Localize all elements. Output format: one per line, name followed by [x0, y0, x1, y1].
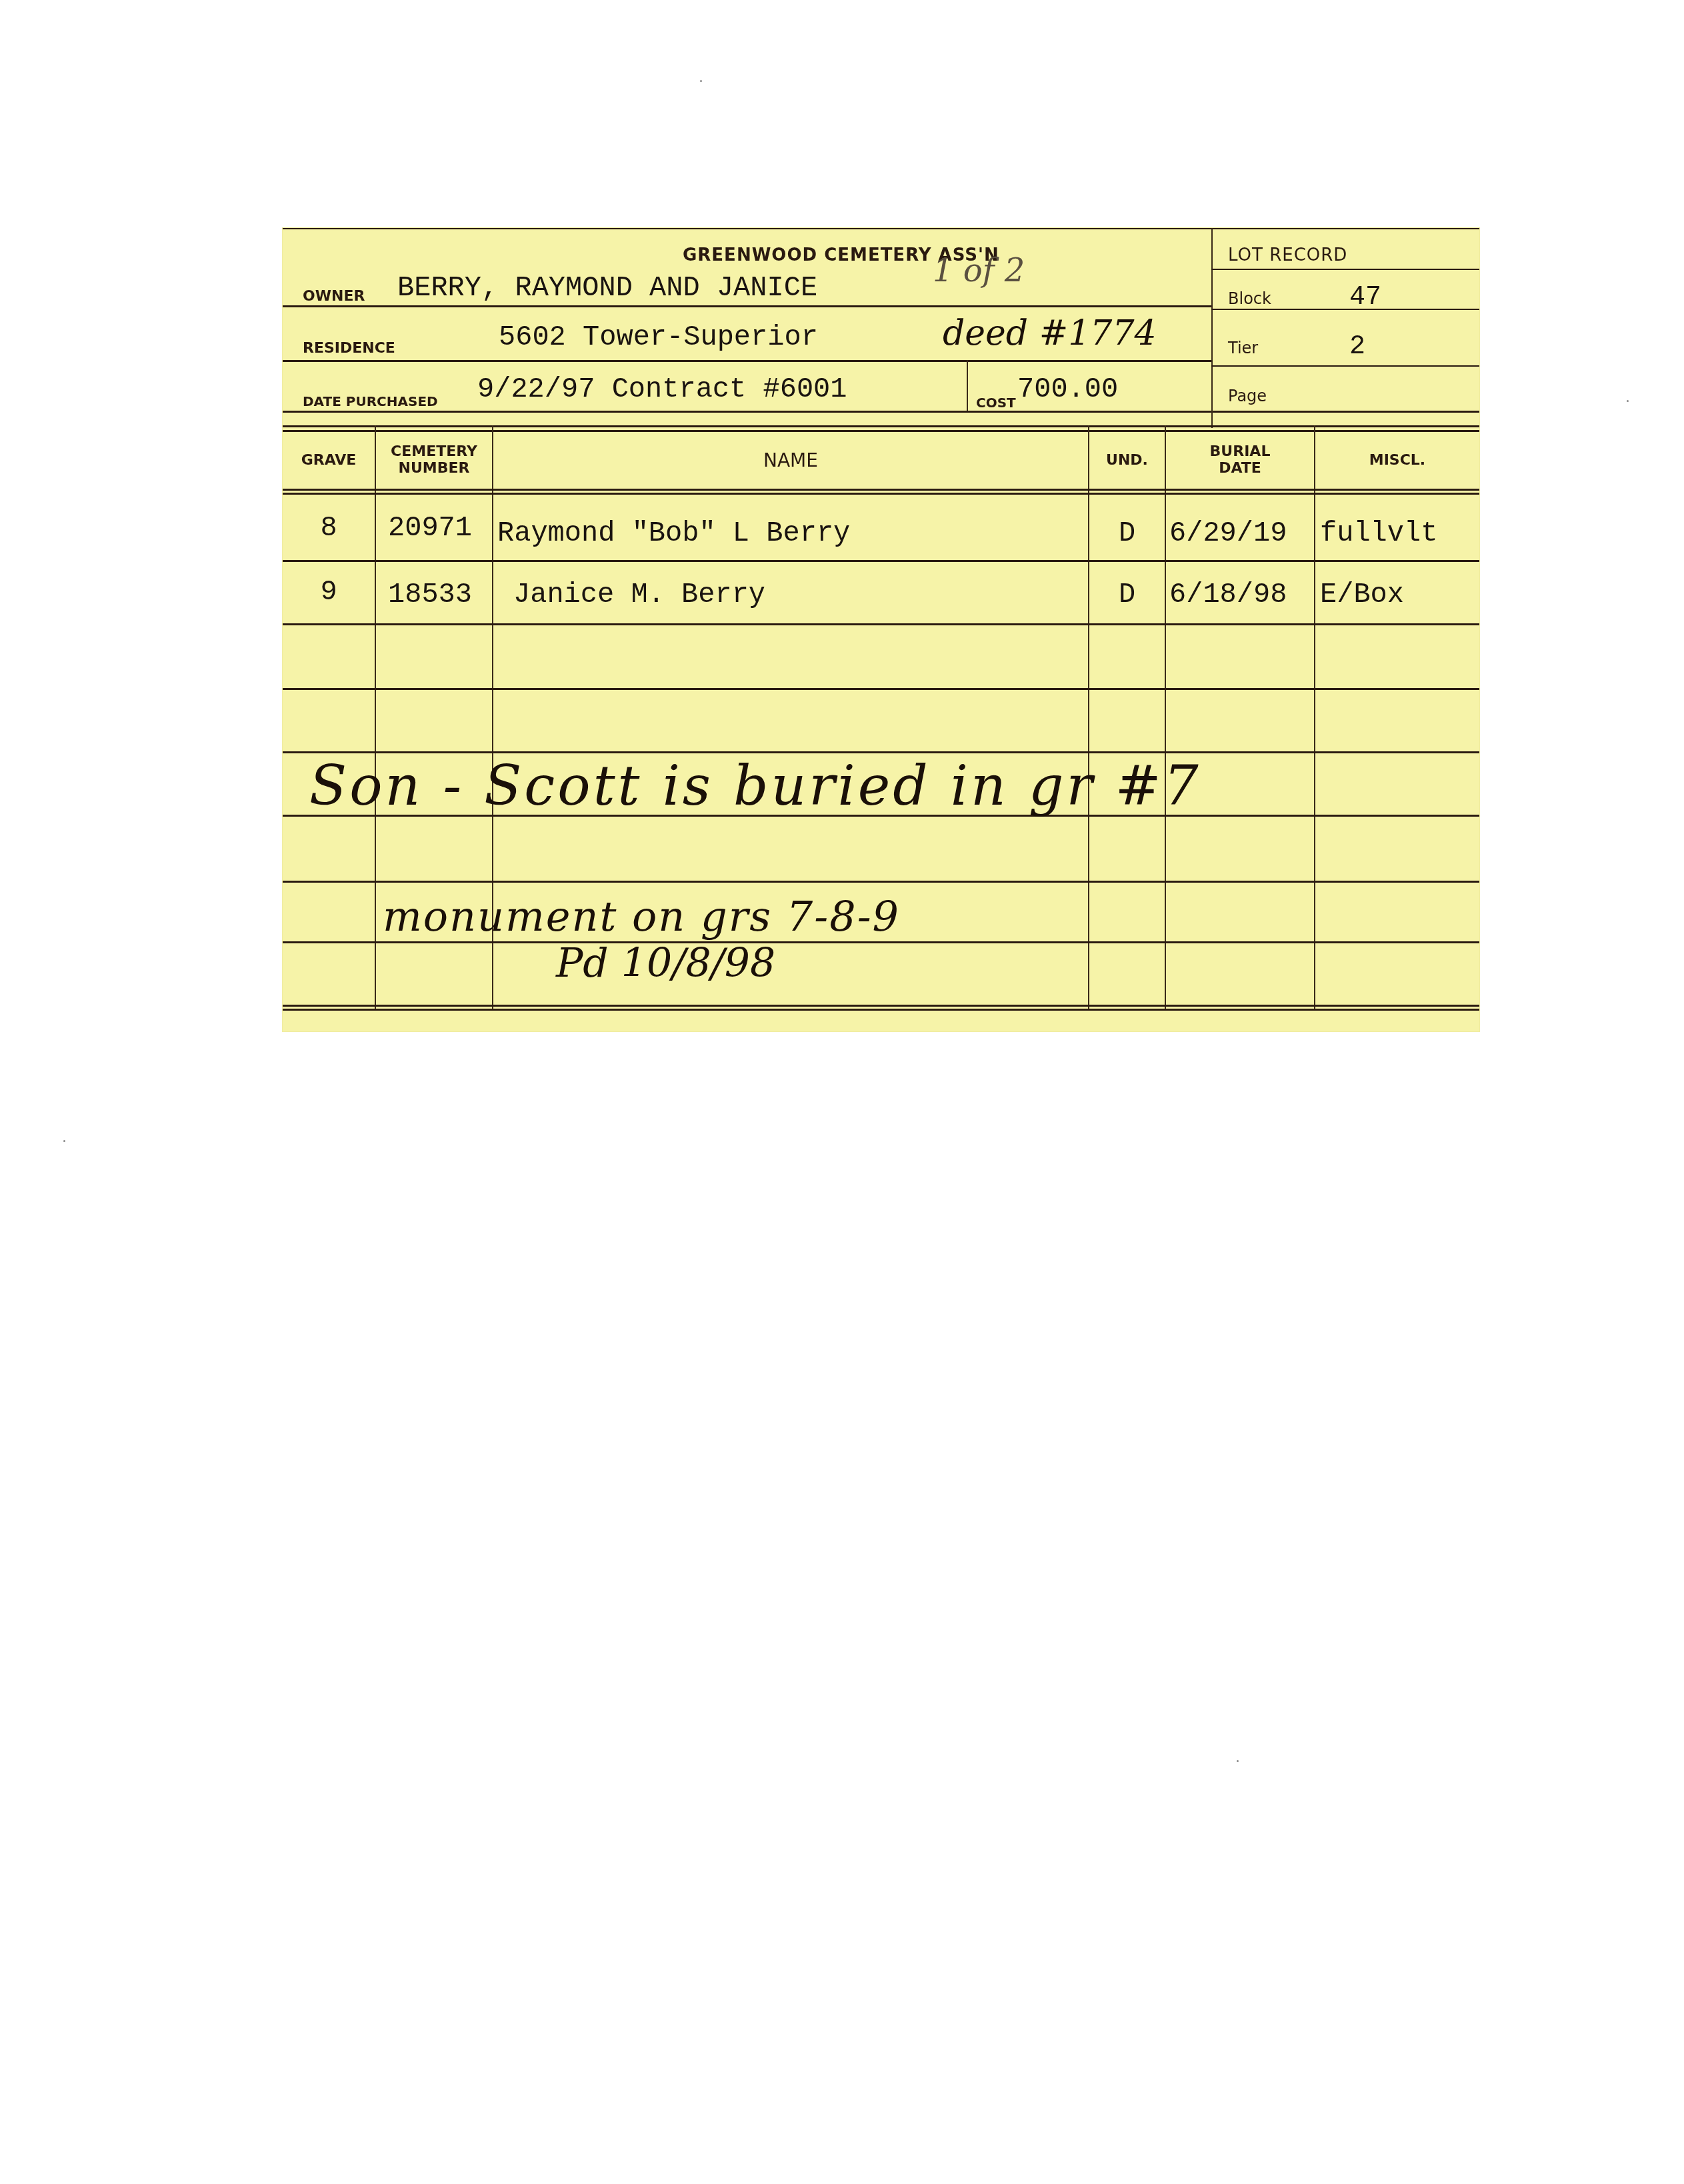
date-purchased-rule — [283, 411, 1479, 413]
page-label: Page — [1228, 387, 1267, 405]
col-header-cemetery-number-line1: CEMETERY — [391, 443, 477, 460]
col-header-grave-text: GRAVE — [301, 452, 357, 469]
cost-divider — [967, 360, 968, 412]
header-bottom-rule-1 — [283, 489, 1479, 491]
date-purchased-value: 9/22/97 Contract #6001 — [477, 373, 847, 405]
row-7-rule — [283, 941, 1479, 943]
table-row-1-und: D — [1089, 500, 1165, 566]
note-paid-date: Pd 10/8/98 — [556, 940, 775, 987]
owner-label: OWNER — [303, 288, 365, 305]
col-header-miscl-text: MISCL. — [1369, 452, 1425, 469]
page-count-annotation: 1 of 2 — [933, 252, 1025, 289]
col-header-miscl: MISCL. — [1315, 431, 1479, 489]
table-row-1-burial-date: 6/29/19 — [1169, 500, 1313, 566]
table-row-1-miscl: fullvlt — [1320, 500, 1477, 566]
scan-speck — [700, 80, 702, 82]
lot-record-card: GREENWOOD CEMETERY ASS'N OWNER BERRY, RA… — [283, 228, 1479, 1031]
tier-label: Tier — [1228, 339, 1258, 357]
col-divider-1 — [375, 425, 376, 1009]
table-row-1-cemetery-number: 20971 — [388, 495, 492, 561]
table-bottom-rule-2 — [283, 1009, 1479, 1011]
card-top-rule — [283, 228, 1479, 229]
col-divider-5 — [1314, 425, 1315, 1009]
table-row-2-grave: 9 — [283, 559, 375, 625]
row-3-rule — [283, 688, 1479, 690]
col-header-cemetery-number: CEMETERY NUMBER — [376, 431, 492, 489]
scan-speck — [63, 1140, 65, 1142]
col-header-und: UND. — [1089, 431, 1165, 489]
col-header-grave: GRAVE — [283, 431, 375, 489]
col-header-name-text: NAME — [763, 452, 818, 469]
note-son-scott: Son - Scott is buried in gr #7 — [309, 755, 1201, 818]
table-top-rule-1 — [283, 425, 1479, 427]
col-header-und-text: UND. — [1106, 452, 1148, 469]
col-header-name: NAME — [493, 431, 1088, 489]
row-4-rule — [283, 751, 1479, 753]
table-row-1-name: Raymond "Bob" L Berry — [497, 500, 1084, 566]
scan-speck — [1237, 1760, 1239, 1762]
table-row-2-miscl: E/Box — [1320, 561, 1477, 627]
residence-value: 5602 Tower-Superior — [499, 321, 818, 353]
col-header-burial-date-line1: BURIAL — [1210, 443, 1271, 460]
col-header-burial-date-line2: DATE — [1219, 460, 1261, 477]
row-6-rule — [283, 881, 1479, 883]
tier-value: 2 — [1349, 332, 1365, 362]
table-row-2-name: Janice M. Berry — [513, 561, 1087, 627]
residence-rule — [283, 360, 1211, 362]
block-label: Block — [1228, 289, 1271, 308]
cost-value: 700.00 — [1017, 373, 1118, 405]
owner-rule — [283, 305, 1211, 307]
scan-speck — [1627, 400, 1629, 402]
table-row-2-und: D — [1089, 561, 1165, 627]
date-purchased-label: DATE PURCHASED — [303, 393, 438, 409]
col-header-burial-date: BURIAL DATE — [1166, 431, 1314, 489]
table-row-2-burial-date: 6/18/98 — [1169, 561, 1313, 627]
col-divider-4 — [1165, 425, 1166, 1009]
lot-record-title: LOT RECORD — [1228, 245, 1347, 265]
note-monument: monument on grs 7-8-9 — [383, 892, 900, 941]
col-header-cemetery-number-line2: NUMBER — [399, 460, 470, 477]
row-2-rule — [283, 623, 1479, 625]
lot-record-divider — [1211, 228, 1213, 428]
block-rule — [1211, 309, 1479, 310]
table-bottom-rule-1 — [283, 1005, 1479, 1007]
owner-value: BERRY, RAYMOND AND JANICE — [397, 272, 817, 304]
deed-annotation: deed #1774 — [943, 313, 1157, 353]
residence-label: RESIDENCE — [303, 340, 395, 357]
table-row-1-grave: 8 — [283, 495, 375, 561]
lot-record-rule — [1211, 269, 1479, 270]
tier-rule — [1211, 365, 1479, 367]
table-row-2-cemetery-number: 18533 — [388, 561, 492, 627]
cost-label: COST — [976, 395, 1016, 411]
